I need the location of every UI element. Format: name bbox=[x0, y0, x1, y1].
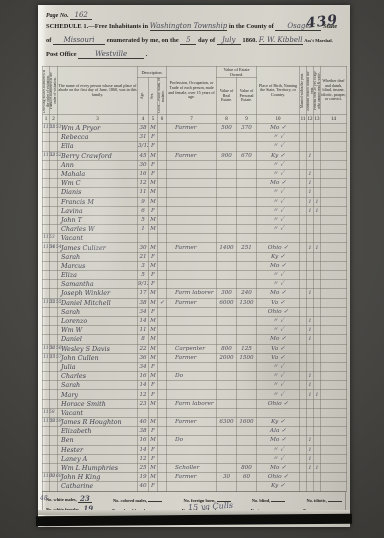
cell-age: 40 bbox=[138, 482, 149, 491]
cell-cannot_read bbox=[314, 142, 321, 151]
cell-married bbox=[300, 271, 307, 280]
cell-color bbox=[158, 169, 167, 178]
cell-name: Dianis bbox=[58, 188, 138, 197]
table-row: Mary12F〃 ✓11 bbox=[43, 390, 347, 399]
table-row: Elizabeth38FAla ✓ bbox=[43, 427, 347, 436]
cell-dwelling bbox=[43, 316, 50, 325]
cell-sex: M bbox=[149, 215, 158, 224]
cell-age: 6 bbox=[138, 206, 149, 215]
cell-sex: M bbox=[149, 473, 158, 482]
cell-sex: M bbox=[149, 344, 158, 353]
cell-occupation: Farmer bbox=[167, 124, 217, 133]
cell-school bbox=[307, 399, 314, 408]
cell-cannot_read bbox=[314, 188, 321, 197]
cell-occupation bbox=[167, 390, 217, 399]
cell-real_estate bbox=[217, 316, 237, 325]
cell-real_estate bbox=[217, 399, 237, 408]
cell-occupation: Farmer bbox=[167, 473, 217, 482]
table-row: Francis M9M〃 ✓11 bbox=[43, 197, 347, 206]
cell-cannot_read bbox=[314, 133, 321, 142]
cell-remarks bbox=[321, 463, 347, 472]
cell-birthplace: Ohio ✓ bbox=[257, 473, 300, 482]
cell-occupation bbox=[167, 335, 217, 344]
col-header-dwelling: Dwelling-houses numbered in the order of… bbox=[43, 67, 50, 115]
cell-remarks bbox=[321, 473, 347, 482]
cell-color bbox=[158, 344, 167, 353]
table-row: Ben16MDoMo ✓1 bbox=[43, 436, 347, 445]
cell-school: 1 bbox=[307, 445, 314, 454]
cell-color bbox=[158, 390, 167, 399]
cell-occupation bbox=[167, 197, 217, 206]
cell-cannot_read bbox=[314, 344, 321, 353]
cell-age: 1 bbox=[138, 225, 149, 234]
cell-real_estate bbox=[217, 160, 237, 169]
table-row: Sarah14F〃 ✓1 bbox=[43, 381, 347, 390]
group-header-description: Description. bbox=[138, 67, 167, 78]
cell-name: James Culizer bbox=[58, 243, 138, 252]
table-row: Horace Smith23MFarm laborerOhio ✓ bbox=[43, 399, 347, 408]
cell-married bbox=[300, 344, 307, 353]
table-row: Charles W1M〃 ✓ bbox=[43, 225, 347, 234]
cell-real_estate bbox=[217, 179, 237, 188]
cell-cannot_read bbox=[314, 234, 321, 243]
table-row: Hester14F〃 ✓1 bbox=[43, 445, 347, 454]
col-header-occupation: Profession, Occupation, or Trade of each… bbox=[167, 67, 217, 115]
cell-cannot_read bbox=[314, 353, 321, 362]
cell-family bbox=[50, 206, 58, 215]
cell-name: Lavina bbox=[58, 206, 138, 215]
cell-real_estate bbox=[217, 372, 237, 381]
cell-color bbox=[158, 206, 167, 215]
cell-birthplace bbox=[257, 408, 300, 417]
cell-cannot_read bbox=[314, 280, 321, 289]
cell-personal_estate bbox=[237, 482, 257, 491]
table-row: Laney A12F〃 ✓1 bbox=[43, 454, 347, 463]
cell-married bbox=[300, 316, 307, 325]
cell-birthplace: Ala ✓ bbox=[257, 427, 300, 436]
cell-cannot_read bbox=[314, 215, 321, 224]
cell-occupation: Farmer bbox=[167, 243, 217, 252]
col-num-5: 5 bbox=[149, 115, 158, 124]
tally-idiotic: No. idiotic, bbox=[306, 498, 341, 503]
cell-birthplace: 〃 ✓ bbox=[257, 133, 300, 142]
cell-remarks bbox=[321, 280, 347, 289]
cell-married bbox=[300, 390, 307, 399]
table-row: Sarah34FOhio ✓ bbox=[43, 307, 347, 316]
cell-dwelling bbox=[43, 482, 50, 491]
day-value: 5 bbox=[186, 36, 190, 44]
table-row: Ella3/12F〃 ✓ bbox=[43, 142, 347, 151]
cell-family bbox=[50, 188, 58, 197]
cell-cannot_read bbox=[314, 316, 321, 325]
col-header-age: Age. bbox=[138, 78, 149, 115]
cell-occupation bbox=[167, 408, 217, 417]
table-row: Sarah21FKy ✓ bbox=[43, 252, 347, 261]
cell-name: Wm C bbox=[58, 179, 138, 188]
cell-dwelling bbox=[43, 169, 50, 178]
cell-married bbox=[300, 142, 307, 151]
cell-sex: M bbox=[149, 188, 158, 197]
cell-occupation bbox=[167, 482, 217, 491]
cell-dwelling: 1155 bbox=[43, 298, 50, 307]
cell-personal_estate bbox=[237, 362, 257, 371]
cell-school: 1 bbox=[307, 335, 314, 344]
cell-birthplace: 〃 ✓ bbox=[257, 316, 300, 325]
cell-cannot_read bbox=[314, 482, 321, 491]
cell-remarks bbox=[321, 169, 347, 178]
cell-school bbox=[307, 344, 314, 353]
cell-family: 1159 bbox=[50, 418, 58, 427]
cell-birthplace: Va ✓ bbox=[257, 344, 300, 353]
cell-married bbox=[300, 381, 307, 390]
cell-age: 9/12 bbox=[138, 280, 149, 289]
cell-family bbox=[50, 160, 58, 169]
cell-married bbox=[300, 160, 307, 169]
cell-birthplace: Ky ✓ bbox=[257, 252, 300, 261]
cell-name: Wm A Pryor bbox=[58, 124, 138, 133]
cell-school: 1 bbox=[307, 326, 314, 335]
cell-name: Sarah bbox=[58, 381, 138, 390]
cell-real_estate bbox=[217, 133, 237, 142]
cell-color bbox=[158, 124, 167, 133]
cell-dwelling: 1160 bbox=[43, 473, 50, 482]
cell-remarks bbox=[321, 482, 347, 491]
cell-birthplace: Ohio ✓ bbox=[257, 243, 300, 252]
cell-age: 11 bbox=[138, 326, 149, 335]
cell-color bbox=[158, 261, 167, 270]
cell-married bbox=[300, 225, 307, 234]
cell-family: 1155 bbox=[50, 298, 58, 307]
cell-dwelling bbox=[43, 362, 50, 371]
cell-family bbox=[50, 482, 58, 491]
cell-school: 1 bbox=[307, 454, 314, 463]
cell-remarks bbox=[321, 316, 347, 325]
table-row: 11591159James R Houghton40MFarmer6300160… bbox=[43, 418, 347, 427]
cell-sex: M bbox=[149, 372, 158, 381]
cell-color bbox=[158, 133, 167, 142]
table-row: 1158Vacant bbox=[43, 408, 347, 417]
cell-dwelling bbox=[43, 133, 50, 142]
cell-age: 16 bbox=[138, 372, 149, 381]
cell-dwelling bbox=[43, 215, 50, 224]
cell-married bbox=[300, 454, 307, 463]
table-row: 11521152Berry Crawford45MFarmer900670Ky … bbox=[43, 151, 347, 160]
cell-sex: M bbox=[149, 418, 158, 427]
cell-real_estate bbox=[217, 234, 237, 243]
table-row: Lavina6F〃 ✓11 bbox=[43, 206, 347, 215]
cell-personal_estate: 1600 bbox=[237, 418, 257, 427]
cell-color bbox=[158, 473, 167, 482]
margin-note: 48 bbox=[40, 495, 48, 502]
cell-family bbox=[50, 362, 58, 371]
cell-real_estate bbox=[217, 252, 237, 261]
cell-cannot_read bbox=[314, 307, 321, 316]
cell-cannot_read bbox=[314, 271, 321, 280]
cell-name: James R Houghton bbox=[58, 418, 138, 427]
cell-family: 1160 bbox=[50, 473, 58, 482]
cell-family bbox=[50, 142, 58, 151]
cell-school bbox=[307, 280, 314, 289]
cell-real_estate bbox=[217, 390, 237, 399]
day-of-label: day of bbox=[198, 37, 215, 44]
cell-occupation bbox=[167, 427, 217, 436]
cell-family bbox=[50, 372, 58, 381]
col-num-11: 11 bbox=[300, 115, 307, 124]
cell-name: Rebecca bbox=[58, 133, 138, 142]
cell-birthplace: 〃 ✓ bbox=[257, 160, 300, 169]
cell-occupation: Farmer bbox=[167, 298, 217, 307]
cell-color bbox=[158, 482, 167, 491]
cell-remarks bbox=[321, 261, 347, 270]
cell-sex: M bbox=[149, 179, 158, 188]
cell-birthplace: Mo ✓ bbox=[257, 335, 300, 344]
cell-name: John T bbox=[58, 215, 138, 224]
col-header-birthplace: Place of Birth, Naming the State, Territ… bbox=[257, 67, 300, 115]
cell-real_estate bbox=[217, 326, 237, 335]
cell-color bbox=[158, 326, 167, 335]
cell-birthplace bbox=[257, 234, 300, 243]
cell-personal_estate bbox=[237, 234, 257, 243]
cell-name: John Cullen bbox=[58, 353, 138, 362]
table-row: Eliza5F〃 ✓ bbox=[43, 271, 347, 280]
table-row: 11571157John Cullen36MFarmer20001500Va ✓ bbox=[43, 353, 347, 362]
cell-personal_estate bbox=[237, 372, 257, 381]
cell-real_estate bbox=[217, 307, 237, 316]
tally-line-1: No. white males, 23 No. colored males, N… bbox=[46, 493, 342, 503]
cell-personal_estate bbox=[237, 197, 257, 206]
cell-real_estate: 30 bbox=[217, 473, 237, 482]
cell-real_estate bbox=[217, 362, 237, 371]
page-no-label: Page No. bbox=[46, 13, 69, 19]
cell-name: Berry Crawford bbox=[58, 151, 138, 160]
cell-cannot_read bbox=[314, 372, 321, 381]
cell-birthplace: Ky ✓ bbox=[257, 482, 300, 491]
cell-dwelling: 1156 bbox=[43, 344, 50, 353]
cell-sex: M bbox=[149, 436, 158, 445]
table-row: 11511151Wm A Pryor38MFarmer500370Mo ✓ bbox=[43, 124, 347, 133]
cell-occupation bbox=[167, 280, 217, 289]
cell-color bbox=[158, 307, 167, 316]
cell-name: Marcus bbox=[58, 261, 138, 270]
cell-real_estate bbox=[217, 280, 237, 289]
cell-name: Daniel bbox=[58, 335, 138, 344]
cell-dwelling bbox=[43, 436, 50, 445]
cell-remarks bbox=[321, 454, 347, 463]
cell-personal_estate: 670 bbox=[237, 151, 257, 160]
cell-married bbox=[300, 298, 307, 307]
cell-occupation: Do bbox=[167, 436, 217, 445]
cell-cannot_read bbox=[314, 124, 321, 133]
cell-color bbox=[158, 234, 167, 243]
cell-real_estate bbox=[217, 261, 237, 270]
cell-sex: F bbox=[149, 445, 158, 454]
cell-age bbox=[138, 408, 149, 417]
cell-name: Hester bbox=[58, 445, 138, 454]
cell-personal_estate bbox=[237, 408, 257, 417]
cell-school bbox=[307, 215, 314, 224]
cell-remarks bbox=[321, 353, 347, 362]
schedule-label: SCHEDULE 1.—Free Inhabitants in bbox=[46, 23, 148, 30]
cell-married bbox=[300, 215, 307, 224]
cell-married bbox=[300, 252, 307, 261]
cell-sex: F bbox=[149, 206, 158, 215]
post-office-line: Post Office Westville . bbox=[46, 50, 344, 59]
cell-birthplace: 〃 ✓ bbox=[257, 142, 300, 151]
cell-personal_estate bbox=[237, 399, 257, 408]
cell-age: 38 bbox=[138, 124, 149, 133]
county-value: Osage bbox=[287, 22, 309, 30]
table-row: 11541154James Culizer30MFarmer1400251Ohi… bbox=[43, 243, 347, 252]
marshal-label: Ass't Marshal. bbox=[304, 38, 333, 43]
cell-remarks bbox=[321, 307, 347, 316]
cell-remarks bbox=[321, 335, 347, 344]
cell-birthplace: Va ✓ bbox=[257, 353, 300, 362]
census-scan-page: Page No. 162 439 SCHEDULE 1.—Free Inhabi… bbox=[38, 5, 350, 527]
cell-occupation bbox=[167, 215, 217, 224]
cell-birthplace: Mo ✓ bbox=[257, 289, 300, 298]
cell-color bbox=[158, 197, 167, 206]
cell-age: 9 bbox=[138, 197, 149, 206]
cell-real_estate bbox=[217, 206, 237, 215]
cell-color bbox=[158, 280, 167, 289]
township-value: Washington Township bbox=[150, 22, 228, 30]
cell-name: Mahala bbox=[58, 169, 138, 178]
cell-married bbox=[300, 289, 307, 298]
cell-remarks bbox=[321, 362, 347, 371]
cell-remarks bbox=[321, 197, 347, 206]
cell-sex: F bbox=[149, 307, 158, 316]
cell-school bbox=[307, 225, 314, 234]
cell-cannot_read bbox=[314, 261, 321, 270]
cell-color bbox=[158, 252, 167, 261]
cell-school bbox=[307, 142, 314, 151]
cell-school: 1 bbox=[307, 436, 314, 445]
cell-sex: M bbox=[149, 289, 158, 298]
cell-school bbox=[307, 271, 314, 280]
cell-personal_estate bbox=[237, 225, 257, 234]
cell-birthplace: Mo ✓ bbox=[257, 261, 300, 270]
cell-remarks bbox=[321, 427, 347, 436]
cell-birthplace: Mo ✓ bbox=[257, 124, 300, 133]
cell-occupation bbox=[167, 188, 217, 197]
cell-personal_estate bbox=[237, 454, 257, 463]
cell-color bbox=[158, 160, 167, 169]
cell-occupation bbox=[167, 307, 217, 316]
cell-sex: M bbox=[149, 463, 158, 472]
cell-cannot_read bbox=[314, 427, 321, 436]
cell-family bbox=[50, 289, 58, 298]
cell-name: Charles bbox=[58, 372, 138, 381]
cell-school bbox=[307, 473, 314, 482]
cell-school bbox=[307, 427, 314, 436]
cell-remarks bbox=[321, 436, 347, 445]
cell-married bbox=[300, 169, 307, 178]
cell-family bbox=[50, 454, 58, 463]
cell-married bbox=[300, 188, 307, 197]
cell-sex: F bbox=[149, 454, 158, 463]
cell-birthplace: 〃 ✓ bbox=[257, 215, 300, 224]
cell-school bbox=[307, 252, 314, 261]
table-row: Julia34F〃 ✓ bbox=[43, 362, 347, 371]
cell-color bbox=[158, 445, 167, 454]
cell-married bbox=[300, 372, 307, 381]
cell-married bbox=[300, 124, 307, 133]
cell-school: 1 bbox=[307, 188, 314, 197]
period: . bbox=[146, 51, 148, 58]
cell-name: Laney A bbox=[58, 454, 138, 463]
cell-real_estate: 6300 bbox=[217, 418, 237, 427]
cell-real_estate: 300 bbox=[217, 289, 237, 298]
cell-remarks bbox=[321, 399, 347, 408]
cell-personal_estate bbox=[237, 206, 257, 215]
cell-birthplace: Ohio ✓ bbox=[257, 399, 300, 408]
table-row: Mahala16F〃 ✓1 bbox=[43, 169, 347, 178]
cell-personal_estate bbox=[237, 179, 257, 188]
cell-color bbox=[158, 142, 167, 151]
cell-dwelling bbox=[43, 381, 50, 390]
cell-occupation: Do bbox=[167, 372, 217, 381]
cell-school: 1 bbox=[307, 372, 314, 381]
cell-personal_estate bbox=[237, 169, 257, 178]
cell-family bbox=[50, 463, 58, 472]
cell-personal_estate bbox=[237, 326, 257, 335]
cell-age: 34 bbox=[138, 307, 149, 316]
cell-personal_estate bbox=[237, 390, 257, 399]
cell-real_estate bbox=[217, 225, 237, 234]
cell-personal_estate bbox=[237, 160, 257, 169]
cell-remarks bbox=[321, 381, 347, 390]
cell-occupation bbox=[167, 445, 217, 454]
table-row: 11601160John H King19MFarmer3060Ohio ✓ bbox=[43, 473, 347, 482]
cell-age: 38 bbox=[138, 427, 149, 436]
cell-name: Sarah bbox=[58, 252, 138, 261]
cell-school bbox=[307, 133, 314, 142]
col-header-color: Color—White, black, or mulatto. bbox=[158, 78, 167, 115]
cell-name: Catharine bbox=[58, 482, 138, 491]
cell-name: Vacant bbox=[58, 408, 138, 417]
cell-dwelling: 1154 bbox=[43, 243, 50, 252]
cell-sex: F bbox=[149, 482, 158, 491]
cell-age: 11 bbox=[138, 188, 149, 197]
cell-family bbox=[50, 197, 58, 206]
cell-personal_estate bbox=[237, 381, 257, 390]
cell-married bbox=[300, 243, 307, 252]
cell-real_estate bbox=[217, 482, 237, 491]
cell-personal_estate bbox=[237, 142, 257, 151]
cell-real_estate bbox=[217, 445, 237, 454]
table-row: 1153Vacant bbox=[43, 234, 347, 243]
cell-color bbox=[158, 215, 167, 224]
group-header-estate: Value of Estate Owned. bbox=[217, 67, 257, 78]
month-value: July bbox=[222, 36, 236, 44]
table-row: Dianis11M〃 ✓1 bbox=[43, 188, 347, 197]
cell-remarks bbox=[321, 252, 347, 261]
cell-family bbox=[50, 261, 58, 270]
cell-real_estate bbox=[217, 436, 237, 445]
census-rows: 11511151Wm A Pryor38MFarmer500370Mo ✓Reb… bbox=[43, 124, 347, 492]
cell-school bbox=[307, 261, 314, 270]
cell-age: 12 bbox=[138, 390, 149, 399]
cell-cannot_read bbox=[314, 454, 321, 463]
cell-family bbox=[50, 215, 58, 224]
cell-sex bbox=[149, 408, 158, 417]
cell-school: 1 bbox=[307, 169, 314, 178]
cell-birthplace: 〃 ✓ bbox=[257, 390, 300, 399]
cell-married bbox=[300, 482, 307, 491]
cell-school bbox=[307, 418, 314, 427]
cell-sex: F bbox=[149, 362, 158, 371]
cell-cannot_read: 1 bbox=[314, 197, 321, 206]
